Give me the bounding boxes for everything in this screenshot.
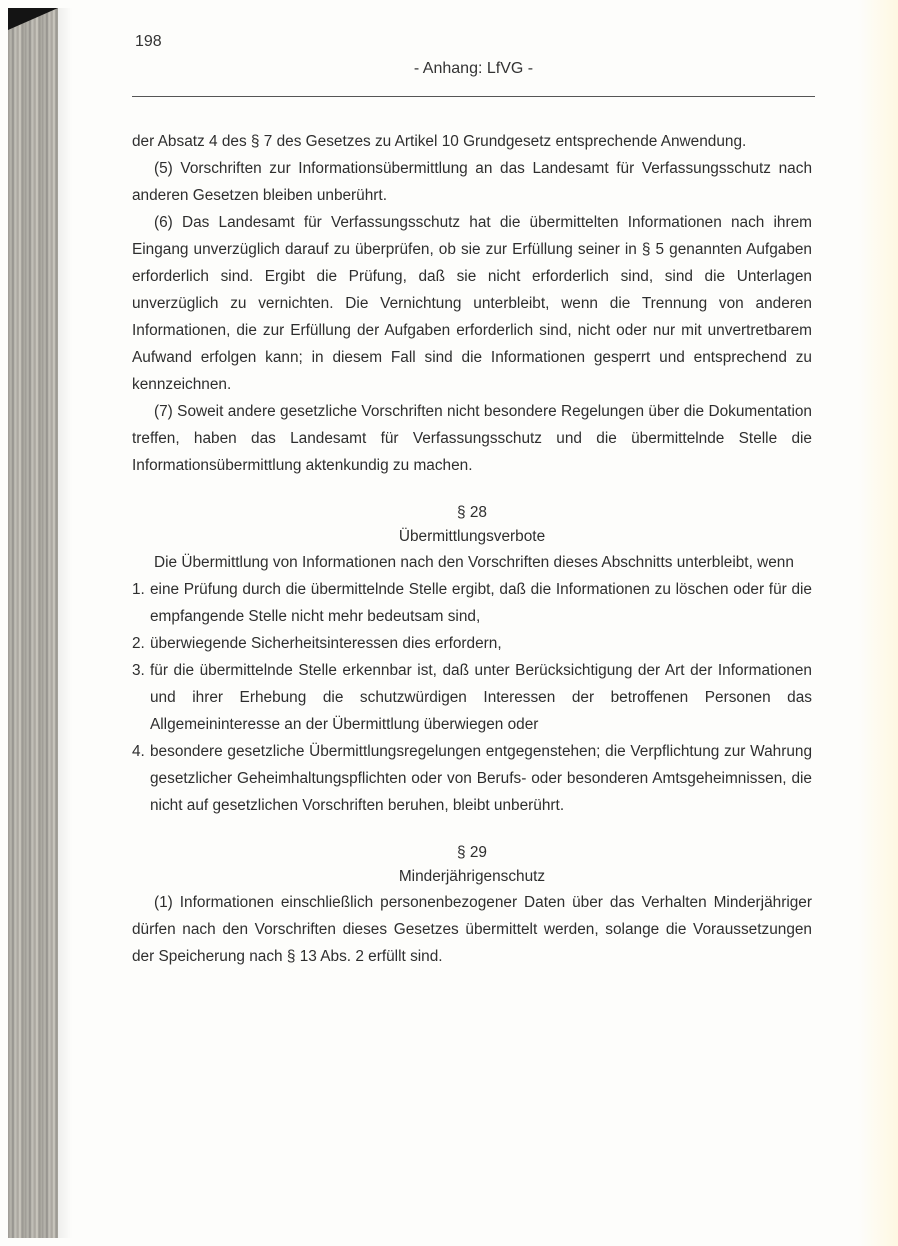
paragraph-6: (6) Das Landesamt für Verfassungsschutz … [132, 209, 812, 398]
list-item-text: überwiegende Sicherheitsinteressen dies … [150, 635, 502, 652]
page-number: 198 [135, 33, 162, 51]
list-item: 2. überwiegende Sicherheitsinteressen di… [132, 630, 812, 657]
book-spine-edge [8, 8, 58, 1238]
list-item-text: für die übermittelnde Stelle erkennbar i… [150, 662, 812, 733]
paragraph-7: (7) Soweit andere gesetzliche Vorschrift… [132, 398, 812, 479]
spine-shadow [58, 8, 72, 1238]
section-28-title: Übermittlungsverbote [132, 525, 812, 549]
list-item-number: 4. [132, 738, 145, 765]
paragraph-continuation: der Absatz 4 des § 7 des Gesetzes zu Art… [132, 128, 812, 155]
paragraph-5: (5) Vorschriften zur Informationsübermit… [132, 155, 812, 209]
list-item-number: 3. [132, 657, 145, 684]
list-item-text: eine Prüfung durch die übermittelnde Ste… [150, 581, 812, 625]
header-rule [132, 96, 815, 97]
list-item-number: 2. [132, 630, 145, 657]
section-29-paragraph-1: (1) Informationen einschließlich persone… [132, 889, 812, 970]
book-spine-corner [8, 8, 58, 30]
list-item-text: besondere gesetzliche Übermittlungsregel… [150, 743, 812, 814]
page-edge-tint [858, 0, 898, 1246]
section-29-title: Minderjährigenschutz [132, 865, 812, 889]
section-28-intro: Die Übermittlung von Informationen nach … [132, 549, 812, 576]
list-item-number: 1. [132, 576, 145, 603]
list-item: 4. besondere gesetzliche Übermittlungsre… [132, 738, 812, 819]
list-item: 3. für die übermittelnde Stelle erkennba… [132, 657, 812, 738]
page-body: der Absatz 4 des § 7 des Gesetzes zu Art… [132, 128, 812, 970]
section-29-number: § 29 [132, 841, 812, 865]
section-28-number: § 28 [132, 501, 812, 525]
list-item: 1. eine Prüfung durch die übermittelnde … [132, 576, 812, 630]
section-28-list: 1. eine Prüfung durch die übermittelnde … [132, 576, 812, 819]
section-28: § 28 Übermittlungsverbote Die Übermittlu… [132, 501, 812, 819]
running-head: - Anhang: LfVG - [132, 60, 815, 78]
section-29: § 29 Minderjährigenschutz (1) Informatio… [132, 841, 812, 970]
